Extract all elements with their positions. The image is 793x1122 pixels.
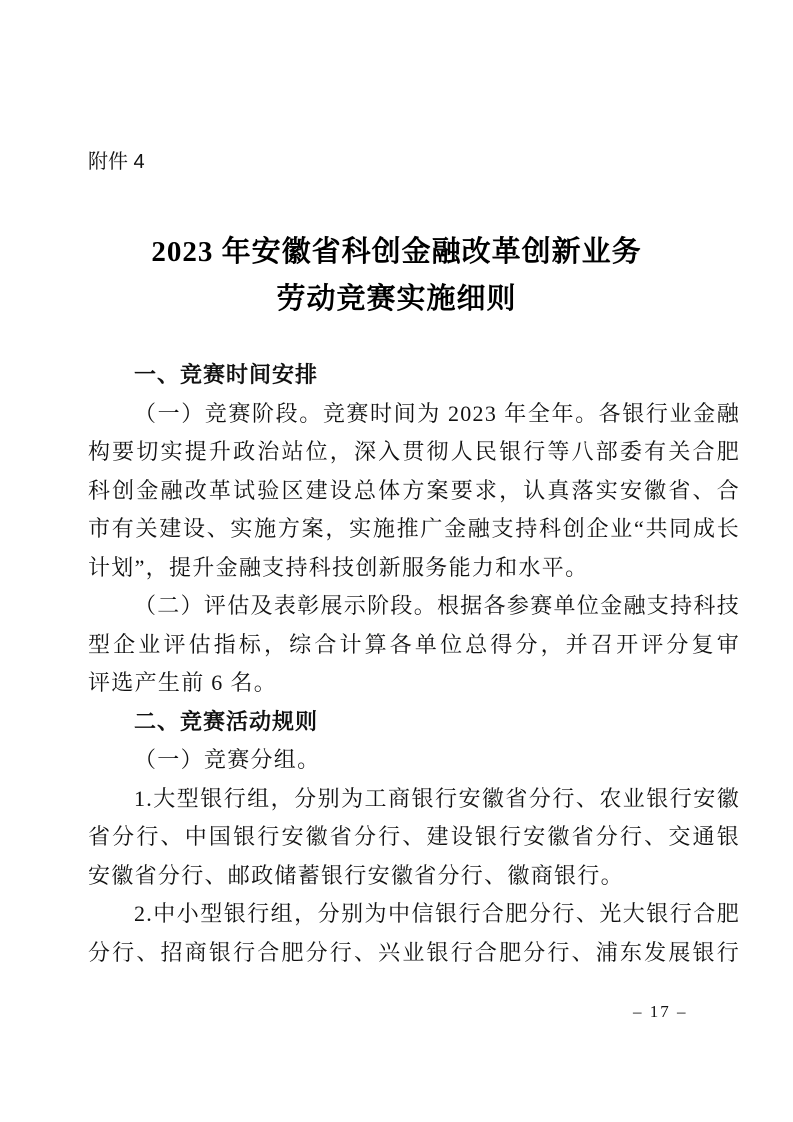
text-line: （二）评估及表彰展示阶段。根据各参赛单位金融支持科技 bbox=[88, 587, 740, 626]
section-heading-1: 一、竞赛时间安排 bbox=[88, 356, 740, 395]
text-line: 科创金融改革试验区建设总体方案要求，认真落实安徽省、合肥 bbox=[88, 472, 740, 511]
document-title-line-2: 劳动竞赛实施细则 bbox=[0, 276, 793, 323]
section-heading-2: 二、竞赛活动规则 bbox=[88, 703, 740, 742]
text-line: 省分行、中国银行安徽省分行、建设银行安徽省分行、交通银行 bbox=[88, 818, 740, 857]
document-page: 附件 4 2023 年安徽省科创金融改革创新业务 劳动竞赛实施细则 一、竞赛时间… bbox=[0, 0, 793, 1122]
text-line: 安徽省分行、邮政储蓄银行安徽省分行、徽商银行。 bbox=[88, 857, 740, 896]
text-line: 市有关建设、实施方案，实施推广金融支持科创企业“共同成长 bbox=[88, 510, 740, 549]
document-title: 2023 年安徽省科创金融改革创新业务 劳动竞赛实施细则 bbox=[0, 229, 793, 323]
page-number: – 17 – bbox=[633, 1001, 688, 1023]
text-line: 型企业评估指标，综合计算各单位总得分，并召开评分复审会， bbox=[88, 626, 740, 665]
document-title-line-1: 2023 年安徽省科创金融改革创新业务 bbox=[0, 229, 793, 276]
text-line: 分行、招商银行合肥分行、兴业银行合肥分行、浦东发展银行合 bbox=[88, 934, 740, 973]
text-line: 评选产生前 6 名。 bbox=[88, 664, 740, 703]
text-line: 计划”，提升金融支持科技创新服务能力和水平。 bbox=[88, 549, 740, 588]
attachment-label: 附件 4 bbox=[88, 150, 145, 174]
document-body: 一、竞赛时间安排 （一）竞赛阶段。竞赛时间为 2023 年全年。各银行业金融机 … bbox=[88, 356, 740, 972]
text-line: 1.大型银行组，分别为工商银行安徽省分行、农业银行安徽 bbox=[88, 780, 740, 819]
text-line: 构要切实提升政治站位，深入贯彻人民银行等八部委有关合肥市 bbox=[88, 433, 740, 472]
text-line: 2.中小型银行组，分别为中信银行合肥分行、光大银行合肥 bbox=[88, 895, 740, 934]
text-line: （一）竞赛阶段。竞赛时间为 2023 年全年。各银行业金融机 bbox=[88, 395, 740, 434]
text-line: （一）竞赛分组。 bbox=[88, 741, 740, 780]
